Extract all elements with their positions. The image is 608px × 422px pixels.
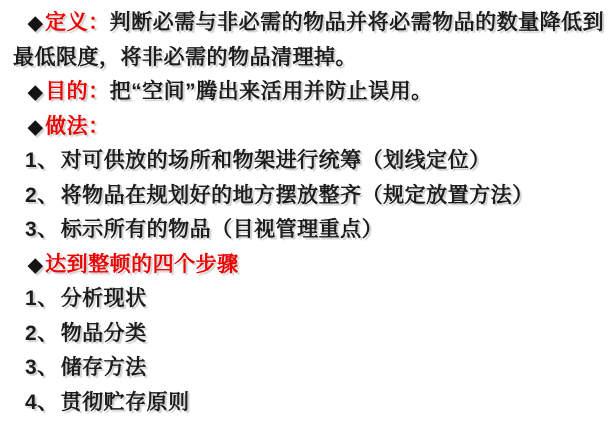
steps-item-4: 4、贯彻贮存原则 <box>0 386 608 421</box>
purpose-label: 目的： <box>45 80 110 103</box>
definition-text-line2: 最低限度，将非必需的物品清理掉。 <box>0 41 608 76</box>
method-item-2: 2、将物品在规划好的地方摆放整齐（规定放置方法） <box>0 179 608 214</box>
item-number: 2、 <box>25 184 59 207</box>
item-text: 标示所有的物品（目视管理重点） <box>61 218 384 241</box>
document-page: ◆定义：判断必需与非必需的物品并将必需物品的数量降低到 最低限度，将非必需的物品… <box>0 0 608 422</box>
steps-item-3: 3、储存方法 <box>0 351 608 386</box>
item-text: 储存方法 <box>61 356 147 379</box>
item-text: 贯彻贮存原则 <box>61 391 190 414</box>
definition-heading: ◆定义：判断必需与非必需的物品并将必需物品的数量降低到 <box>0 6 608 41</box>
diamond-bullet-icon: ◆ <box>28 255 43 276</box>
item-number: 4、 <box>25 391 59 414</box>
item-text: 分析现状 <box>61 287 147 310</box>
steps-item-1: 1、分析现状 <box>0 282 608 317</box>
method-label: 做法： <box>45 115 110 138</box>
steps-heading: ◆达到整顿的四个步骤 <box>0 248 608 283</box>
steps-item-2: 2、物品分类 <box>0 317 608 352</box>
purpose-heading: ◆目的：把“空间”腾出来活用并防止误用。 <box>0 75 608 110</box>
definition-label: 定义： <box>45 11 110 34</box>
item-number: 1、 <box>25 149 59 172</box>
item-number: 3、 <box>25 218 59 241</box>
item-text: 将物品在规划好的地方摆放整齐（规定放置方法） <box>61 184 534 207</box>
diamond-bullet-icon: ◆ <box>28 117 43 138</box>
diamond-bullet-icon: ◆ <box>28 13 43 34</box>
method-item-1: 1、对可供放的场所和物架进行统筹（划线定位） <box>0 144 608 179</box>
item-number: 1、 <box>25 287 59 310</box>
purpose-text: 把“空间”腾出来活用并防止误用。 <box>110 80 433 103</box>
steps-label: 达到整顿的四个步骤 <box>45 253 239 276</box>
item-text: 对可供放的场所和物架进行统筹（划线定位） <box>61 149 491 172</box>
definition-text-line1: 判断必需与非必需的物品并将必需物品的数量降低到 <box>110 11 605 34</box>
item-number: 2、 <box>25 322 59 345</box>
diamond-bullet-icon: ◆ <box>28 82 43 103</box>
item-text: 物品分类 <box>61 322 147 345</box>
item-number: 3、 <box>25 356 59 379</box>
method-item-3: 3、标示所有的物品（目视管理重点） <box>0 213 608 248</box>
method-heading: ◆做法： <box>0 110 608 145</box>
